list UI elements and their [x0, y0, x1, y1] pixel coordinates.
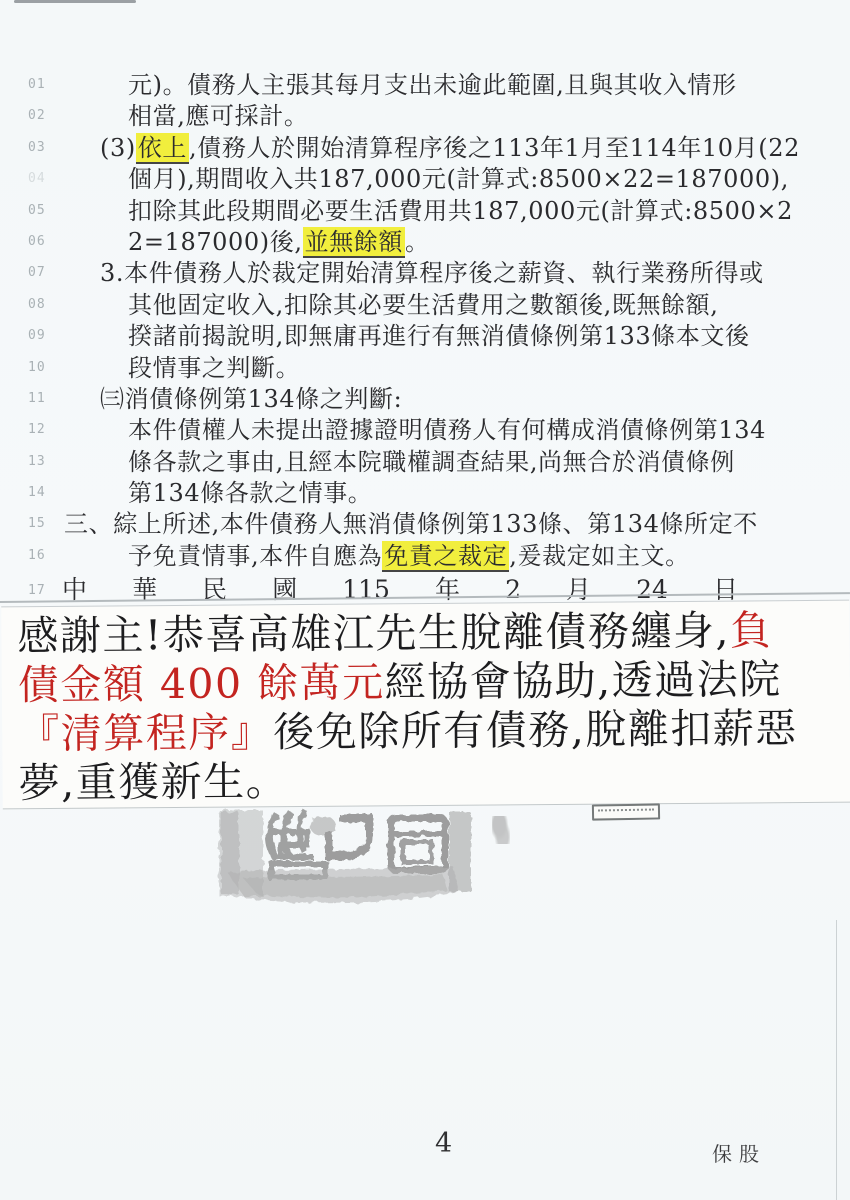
document-line: 062=187000)後,並無餘額。 [0, 227, 850, 258]
testimonial-line: 夢,重獲新生。 [18, 753, 850, 809]
scan-artifact-top [14, 0, 136, 3]
text-segment: 相當,應可採計。 [128, 102, 308, 130]
red-emphasis-text: 債金額 400 餘萬元 [18, 658, 385, 709]
line-text: 段情事之判斷。 [128, 353, 300, 383]
seal-stamp-speck [492, 816, 510, 844]
highlighted-text: 依上 [136, 133, 189, 164]
text-segment: 第134條各款之情事。 [128, 479, 372, 507]
seal-stamp-icon [213, 806, 478, 918]
document-line: 14第134條各款之情事。 [0, 478, 850, 509]
line-number: 12 [28, 422, 46, 437]
text-segment: 條各款之事由,且經本院職權調查結果,尚無合於消債條例 [128, 448, 735, 476]
document-line: 13條各款之事由,且經本院職權調查結果,尚無合於消債條例 [0, 447, 850, 478]
line-text: 揆諸前揭說明,即無庸再進行有無消債條例第133條本文後 [128, 321, 750, 351]
text-segment: 三、綜上所述,本件債務人無消債條例第133條、第134條所定不 [64, 510, 758, 538]
line-number: 02 [28, 108, 46, 123]
text-segment: (3) [100, 134, 136, 162]
document-body: 01元)。債務人主張其每月支出未逾此範圍,且與其收入情形02相當,應可採計。03… [0, 70, 850, 572]
highlighted-text: 免責之裁定 [382, 541, 509, 572]
line-text: ㈢消債條例第134條之判斷: [100, 384, 402, 414]
testimonial-overlay: 感謝主!恭喜高雄江先生脫離債務纏身,負債金額 400 餘萬元經協會協助,透過法院… [1, 600, 850, 810]
line-text: 3.本件債務人於裁定開始清算程序後之薪資、執行業務所得或 [100, 258, 764, 288]
line-number: 10 [28, 360, 46, 375]
document-line: 073.本件債務人於裁定開始清算程序後之薪資、執行業務所得或 [0, 258, 850, 289]
line-number: 01 [28, 77, 46, 92]
document-line: 08其他固定收入,扣除其必要生活費用之數額後,既無餘額, [0, 290, 850, 321]
line-text: (3)依上,債務人於開始清算程序後之113年1月至114年10月(22 [100, 133, 800, 163]
red-emphasis-text: 『清算程序』 [18, 708, 273, 758]
highlighted-text: 並無餘額 [303, 227, 405, 258]
line-text: 三、綜上所述,本件債務人無消債條例第133條、第134條所定不 [64, 509, 758, 539]
line-number: 03 [28, 140, 46, 155]
line-number: 14 [28, 485, 46, 500]
red-emphasis-text: 負 [730, 606, 773, 654]
line-text: 本件債權人未提出證據證明債務人有何構成消債條例第134 [128, 415, 766, 445]
line-number: 09 [28, 328, 46, 343]
text-segment: ,爰裁定如主文。 [509, 542, 689, 570]
scanned-court-document-page: 01元)。債務人主張其每月支出未逾此範圍,且與其收入情形02相當,應可採計。03… [0, 0, 850, 1200]
line-number: 15 [28, 516, 46, 531]
date-cell: 24 [636, 576, 668, 604]
text-segment: 夢,重獲新生。 [18, 757, 288, 807]
document-line: 16予免責情事,本件自應為免責之裁定,爰裁定如主文。 [0, 541, 850, 572]
line-number: 04 [28, 171, 46, 186]
text-segment: 感謝主!恭喜高雄江先生脫離債務纏身, [17, 607, 730, 661]
line-text: 2=187000)後,並無餘額。 [128, 227, 430, 257]
line-number: 13 [28, 454, 46, 469]
date-cell: 2 [505, 576, 521, 604]
page-number: 4 [435, 1128, 452, 1159]
testimonial-line: 債金額 400 餘萬元經協會協助,透過法院 [18, 655, 850, 711]
text-segment: 2=187000)後, [128, 228, 303, 256]
line-number: 16 [28, 548, 46, 563]
line-number: 11 [28, 391, 46, 406]
document-line: 09揆諸前揭說明,即無庸再進行有無消債條例第133條本文後 [0, 321, 850, 352]
line-number: 06 [28, 234, 46, 249]
document-line: 10段情事之判斷。 [0, 353, 850, 384]
document-line: 11㈢消債條例第134條之判斷: [0, 384, 850, 415]
line-text: 元)。債務人主張其每月支出未逾此範圍,且與其收入情形 [128, 70, 737, 100]
testimonial-line: 感謝主!恭喜高雄江先生脫離債務纏身,負 [17, 606, 849, 662]
line-text: 其他固定收入,扣除其必要生活費用之數額後,既無餘額, [128, 290, 719, 320]
scan-artifact-right-edge [836, 920, 837, 1200]
line-text: 予免責情事,本件自應為免責之裁定,爰裁定如主文。 [128, 541, 690, 571]
text-segment: 扣除其此段期間必要生活費用共187,000元(計算式:8500×2 [128, 197, 793, 225]
testimonial-text: 感謝主!恭喜高雄江先生脫離債務纏身,負債金額 400 餘萬元經協會協助,透過法院… [17, 606, 850, 809]
date-cell: 月 [566, 576, 591, 604]
text-segment: 予免責情事,本件自應為 [128, 542, 382, 570]
date-cell: 115 [342, 576, 390, 604]
date-cell: 國 [272, 576, 297, 604]
text-segment: 3.本件債務人於裁定開始清算程序後之薪資、執行業務所得或 [100, 259, 764, 287]
text-segment: 元)。債務人主張其每月支出未逾此範圍,且與其收入情形 [128, 71, 737, 99]
text-segment: 其他固定收入,扣除其必要生活費用之數額後,既無餘額, [128, 291, 719, 319]
document-line: 01元)。債務人主張其每月支出未逾此範圍,且與其收入情形 [0, 70, 850, 101]
text-segment: 。 [405, 228, 430, 256]
line-number: 08 [28, 297, 46, 312]
line-text: 第134條各款之情事。 [128, 478, 372, 508]
text-segment: 段情事之判斷。 [128, 354, 300, 382]
document-line: 05扣除其此段期間必要生活費用共187,000元(計算式:8500×2 [0, 196, 850, 227]
document-line: 02相當,應可採計。 [0, 101, 850, 132]
document-line: 03(3)依上,債務人於開始清算程序後之113年1月至114年10月(22 [0, 133, 850, 164]
line-number: 05 [28, 203, 46, 218]
line-number: 07 [28, 265, 46, 280]
text-segment: 後免除所有債務,脫離扣薪惡 [273, 704, 798, 756]
document-line: 12本件債權人未提出證據證明債務人有何構成消債條例第134 [0, 415, 850, 446]
text-segment: 本件債權人未提出證據證明債務人有何構成消債條例第134 [128, 416, 766, 444]
date-cell: 年 [435, 576, 460, 604]
line-text: 條各款之事由,且經本院職權調查結果,尚無合於消債條例 [128, 447, 735, 477]
line-text: 個月),期間收入共187,000元(計算式:8500×22=187000), [128, 164, 789, 194]
dashed-box-mark [592, 803, 660, 820]
footer-clerk-label: 保股 [712, 1138, 766, 1167]
text-segment: 經協會協助,透過法院 [384, 655, 781, 706]
document-line: 04個月),期間收入共187,000元(計算式:8500×22=187000), [0, 164, 850, 195]
dashed-box-dots [598, 809, 654, 812]
text-segment: 揆諸前揭說明,即無庸再進行有無消債條例第133條本文後 [128, 322, 750, 350]
text-segment: ,債務人於開始清算程序後之113年1月至114年10月(22 [189, 134, 800, 162]
line-text: 相當,應可採計。 [128, 101, 308, 131]
text-segment: ㈢消債條例第134條之判斷: [100, 385, 402, 413]
document-line: 15三、綜上所述,本件債務人無消債條例第133條、第134條所定不 [0, 509, 850, 540]
testimonial-line: 『清算程序』後免除所有債務,脫離扣薪惡 [18, 704, 850, 760]
line-text: 扣除其此段期間必要生活費用共187,000元(計算式:8500×2 [128, 196, 793, 226]
text-segment: 個月),期間收入共187,000元(計算式:8500×22=187000), [128, 165, 789, 193]
line-number: 17 [28, 583, 46, 598]
